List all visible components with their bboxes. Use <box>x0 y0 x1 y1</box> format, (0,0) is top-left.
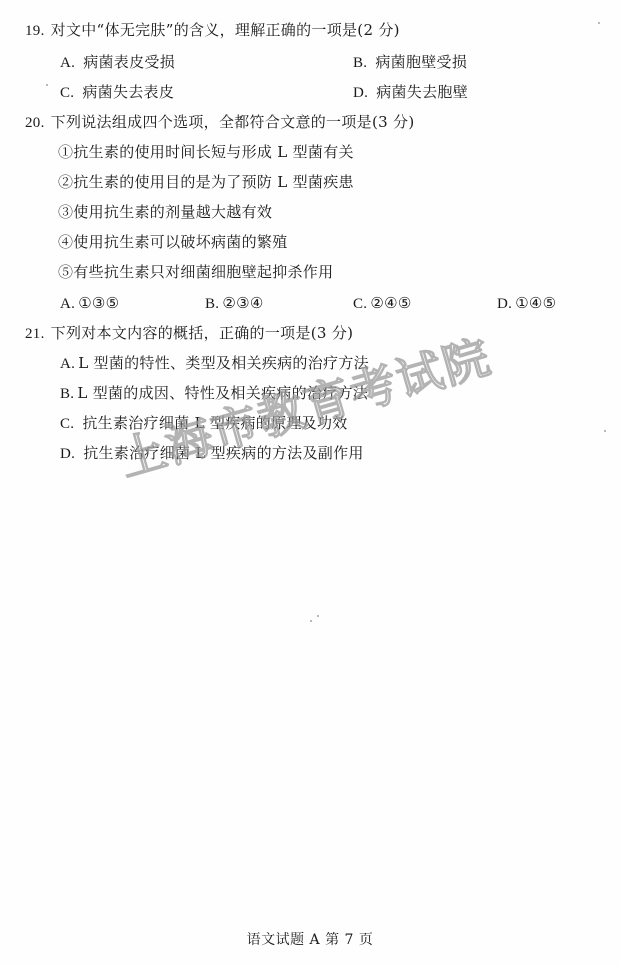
question-19-option-c: C.病菌失去表皮 <box>60 82 174 103</box>
question-20-option-d: D.①④⑤ <box>497 293 556 314</box>
question-20-stem: 20.下列说法组成四个选项，全都符合文意的一项是(3 分) <box>25 112 414 133</box>
question-21-option-a: A.L 型菌的特性、类型及相关疾病的治疗方法 <box>60 353 369 374</box>
question-number: 21. <box>25 324 45 344</box>
scan-speck <box>46 84 48 86</box>
question-number: 20. <box>25 113 45 133</box>
question-20-statement-2: ②抗生素的使用目的是为了预防 L 型菌疾患 <box>58 172 354 192</box>
exam-page: 19.对文中“体无完肤”的含义，理解正确的一项是(2 分) A.病菌表皮受损 B… <box>0 0 620 965</box>
scan-speck <box>604 430 606 432</box>
scan-speck <box>598 22 600 24</box>
question-21-stem: 21.下列对本文内容的概括，正确的一项是(3 分) <box>25 323 353 344</box>
question-21-option-c: C.抗生素治疗细菌 L 型疾病的原理及功效 <box>60 413 348 434</box>
scan-speck <box>317 615 319 617</box>
question-20-option-c: C.②④⑤ <box>353 293 412 314</box>
question-20-statement-3: ③使用抗生素的剂量越大越有效 <box>58 202 272 222</box>
question-21-option-d: D.抗生素治疗细菌 L 型疾病的方法及副作用 <box>60 443 364 464</box>
question-19-stem: 19.对文中“体无完肤”的含义，理解正确的一项是(2 分) <box>25 20 400 41</box>
question-20-option-a: A.①③⑤ <box>60 293 119 314</box>
question-20-statement-4: ④使用抗生素可以破坏病菌的繁殖 <box>58 232 288 252</box>
page-footer: 语文试题 A 第 7 页 <box>0 930 620 950</box>
watermark: 上海市教育考试院 <box>111 320 498 489</box>
question-text: 下列说法组成四个选项，全都符合文意的一项是(3 分) <box>51 113 415 131</box>
question-19-option-a: A.病菌表皮受损 <box>60 52 175 73</box>
question-text: 对文中“体无完肤”的含义，理解正确的一项是(2 分) <box>51 21 400 39</box>
question-21-option-b: B.L 型菌的成因、特性及相关疾病的治疗方法 <box>60 383 368 404</box>
question-number: 19. <box>25 21 45 41</box>
question-20-statement-5: ⑤有些抗生素只对细菌细胞壁起抑杀作用 <box>58 262 333 282</box>
question-19-option-d: D.病菌失去胞壁 <box>353 82 468 103</box>
question-text: 下列对本文内容的概括，正确的一项是(3 分) <box>51 324 354 342</box>
question-19-option-b: B.病菌胞壁受损 <box>353 52 467 73</box>
question-20-statement-1: ①抗生素的使用时间长短与形成 L 型菌有关 <box>58 142 354 162</box>
question-20-option-b: B.②③④ <box>205 293 264 314</box>
scan-speck <box>310 620 312 622</box>
